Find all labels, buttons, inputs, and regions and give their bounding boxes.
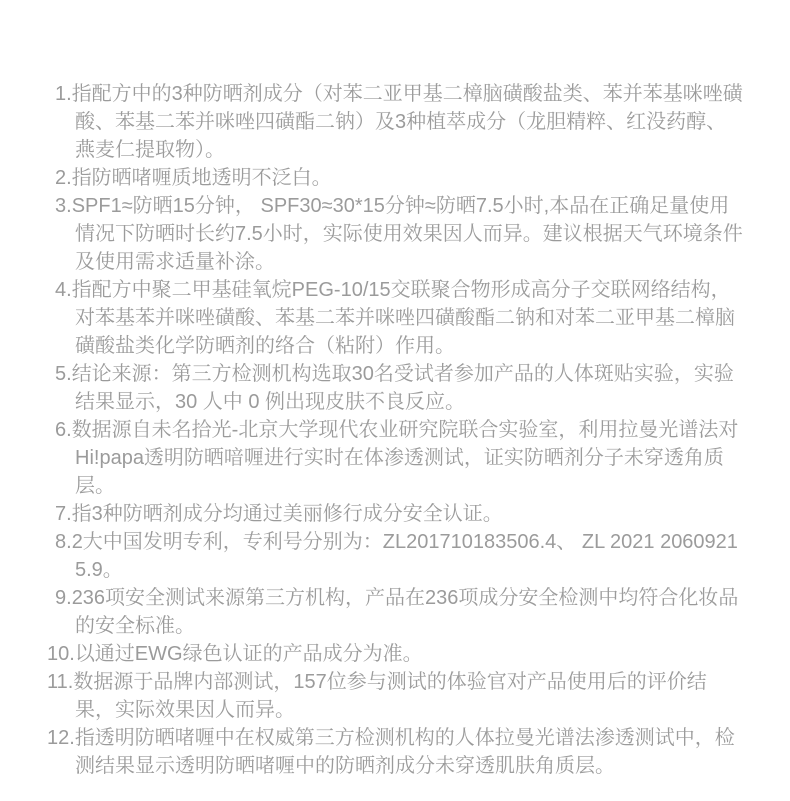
footnote-number: 1.: [55, 83, 72, 105]
footnote-number: 6.: [55, 419, 72, 441]
footnote-text: SPF1≈防晒15分钟， SPF30≈30*15分钟≈防晒7.5小时,本品在正确…: [72, 195, 743, 273]
footnote-item: 3.SPF1≈防晒15分钟， SPF30≈30*15分钟≈防晒7.5小时,本品在…: [39, 192, 745, 276]
footnote-item: 6.数据源自未名拾光-北京大学现代农业研究院联合实验室，利用拉曼光谱法对Hi!p…: [39, 416, 745, 500]
footnote-text: 数据源自未名拾光-北京大学现代农业研究院联合实验室，利用拉曼光谱法对Hi!pap…: [72, 419, 739, 497]
footnote-number: 8.: [55, 531, 72, 553]
footnote-text: 指3种防晒剂成分均通过美丽修行成分安全认证。: [72, 503, 503, 525]
page: 1.指配方中的3种防晒剂成分（对苯二亚甲基二樟脑磺酸盐类、苯并苯基咪唑磺酸、苯基…: [0, 0, 790, 801]
footnote-item: 2.指防晒啫喱质地透明不泛白。: [39, 164, 745, 192]
footnote-item: 9.236项安全测试来源第三方机构，产品在236项成分安全检测中均符合化妆品的安…: [39, 584, 745, 640]
footnote-item: 1.指配方中的3种防晒剂成分（对苯二亚甲基二樟脑磺酸盐类、苯并苯基咪唑磺酸、苯基…: [39, 80, 745, 164]
footnote-item: 11.数据源于品牌内部测试，157位参与测试的体验官对产品使用后的评价结果，实际…: [39, 668, 745, 724]
footnote-item: 7.指3种防晒剂成分均通过美丽修行成分安全认证。: [39, 500, 745, 528]
footnote-text: 指配方中的3种防晒剂成分（对苯二亚甲基二樟脑磺酸盐类、苯并苯基咪唑磺酸、苯基二苯…: [72, 83, 743, 161]
footnote-number: 5.: [55, 363, 72, 385]
footnote-item: 5.结论来源：第三方检测机构选取30名受试者参加产品的人体斑贴实验，实验结果显示…: [39, 360, 745, 416]
footnote-number: 2.: [55, 167, 72, 189]
footnote-number: 9.: [55, 587, 72, 609]
footnote-number: 4.: [55, 279, 72, 301]
footnote-number: 7.: [55, 503, 72, 525]
footnote-item: 12.指透明防晒啫喱中在权威第三方检测机构的人体拉曼光谱法渗透测试中，检测结果显…: [39, 724, 745, 780]
footnote-item: 10.以通过EWG绿色认证的产品成分为准。: [39, 640, 745, 668]
footnote-number: 10.: [47, 643, 75, 665]
footnote-text: 以通过EWG绿色认证的产品成分为准。: [75, 643, 423, 665]
footnote-text: 指配方中聚二甲基硅氧烷PEG-10/15交联聚合物形成高分子交联网络结构，对苯基…: [72, 279, 735, 357]
footnote-number: 3.: [55, 195, 72, 217]
footnote-text: 2大中国发明专利，专利号分别为：ZL201710183506.4、 ZL 202…: [72, 531, 738, 581]
footnote-text: 指透明防晒啫喱中在权威第三方检测机构的人体拉曼光谱法渗透测试中，检测结果显示透明…: [75, 727, 735, 777]
footnote-item: 8.2大中国发明专利，专利号分别为：ZL201710183506.4、 ZL 2…: [39, 528, 745, 584]
footnote-number: 12.: [47, 727, 75, 749]
footnote-number: 11.: [47, 671, 73, 693]
footnote-text: 236项安全测试来源第三方机构，产品在236项成分安全检测中均符合化妆品的安全标…: [72, 587, 739, 637]
footnote-text: 指防晒啫喱质地透明不泛白。: [72, 167, 332, 189]
footnote-text: 数据源于品牌内部测试，157位参与测试的体验官对产品使用后的评价结果，实际效果因…: [73, 671, 706, 721]
footnote-text: 结论来源：第三方检测机构选取30名受试者参加产品的人体斑贴实验，实验结果显示，3…: [72, 363, 734, 413]
footnote-item: 4.指配方中聚二甲基硅氧烷PEG-10/15交联聚合物形成高分子交联网络结构，对…: [39, 276, 745, 360]
footnote-list: 1.指配方中的3种防晒剂成分（对苯二亚甲基二樟脑磺酸盐类、苯并苯基咪唑磺酸、苯基…: [39, 80, 745, 780]
